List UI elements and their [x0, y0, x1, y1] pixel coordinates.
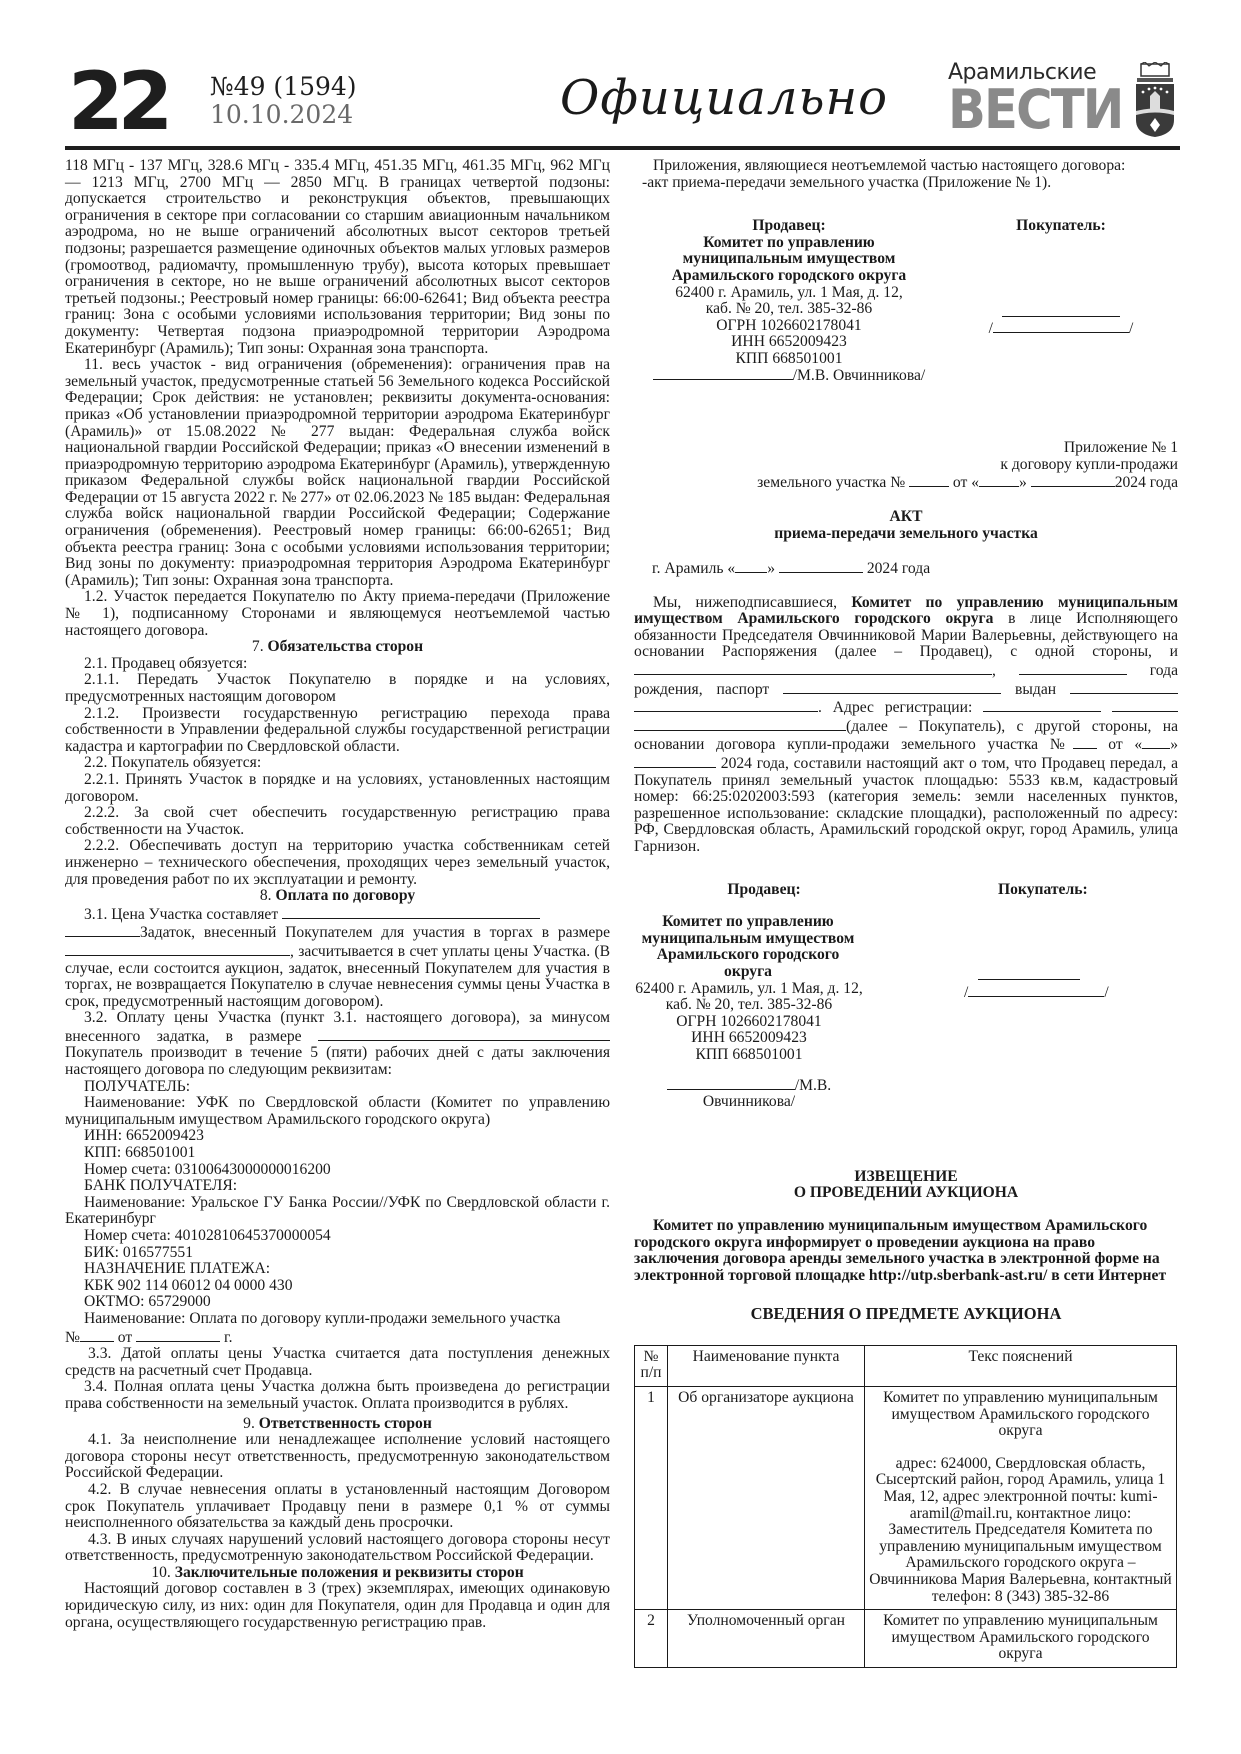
appendix-number: Приложение № 1 — [634, 440, 1178, 457]
text: г. Арамиль « — [652, 560, 735, 577]
header-num: № п/п — [635, 1345, 668, 1386]
requisite-line: ОКТМО: 65729000 — [65, 1294, 610, 1311]
newspaper-logo: Арамильские ВЕСТИ — [948, 62, 1113, 136]
requisite-line: БИК: 016577551 — [65, 1245, 610, 1262]
text: 2024 года — [1115, 474, 1178, 491]
section-10-heading: 10. Заключительные положения и реквизиты… — [65, 1565, 610, 1582]
number-sign: № — [65, 1329, 80, 1346]
notice-title-2: О ПРОВЕДЕНИИ АУКЦИОНА — [634, 1185, 1178, 1202]
text: Мы, нижеподписавшиеся, — [653, 594, 837, 611]
text: » — [1019, 474, 1027, 491]
seller-detail-line: КПП 668501001 — [634, 351, 944, 368]
issue-date: 10.10.2024 — [210, 101, 357, 129]
paragraph-3-3: 3.3. Датой оплаты цены Участка считается… — [65, 1346, 610, 1379]
passport-blank[interactable] — [783, 680, 1001, 694]
act-place-date: г. Арамиль «» 2024 года — [634, 559, 1178, 578]
section-title-text: Ответственность сторон — [259, 1415, 432, 1432]
paragraph-4-3: 4.3. В иных случаях нарушений условий на… — [65, 1532, 610, 1565]
seller-details: 62400 г. Арамиль, ул. 1 Мая, д. 12,каб. … — [634, 285, 944, 368]
month-blank[interactable] — [779, 559, 863, 573]
paragraph-11: 11. весь участок - вид ограничения (обре… — [65, 357, 610, 589]
issue-number: №49 (1594) — [210, 73, 357, 101]
text: » — [1170, 736, 1178, 753]
row-text: Комитет по управлению муниципальным имущ… — [865, 1387, 1177, 1610]
paragraph-zone-4: 118 МГц - 137 МГц, 328.6 МГц - 335.4 МГц… — [65, 158, 610, 357]
seller-detail-line: каб. № 20, тел. 385-32-86 — [634, 997, 864, 1014]
text: года — [1150, 662, 1178, 679]
row-text: Комитет по управлению муниципальным имущ… — [865, 1610, 1177, 1668]
text: 2024 года, составили настоящий акт о том… — [634, 755, 1178, 855]
address-blank[interactable] — [983, 698, 1101, 712]
requisites-list: ПОЛУЧАТЕЛЬ:Наименование: УФК по Свердлов… — [65, 1079, 610, 1328]
header-text: Текс пояснений — [865, 1345, 1177, 1386]
birth-year-blank[interactable] — [1019, 661, 1127, 675]
deposit-blank[interactable] — [65, 942, 290, 956]
table-header-row: № п/п Наименование пункта Текс пояснений — [635, 1345, 1177, 1386]
seller-detail-line: ОГРН 1026602178041 — [634, 318, 944, 335]
paragraph-2-1-1: 2.1.1. Передать Участок Покупателю в пор… — [65, 672, 610, 705]
paragraph-3-4: 3.4. Полная оплата цены Участка должна б… — [65, 1379, 610, 1412]
auction-table: № п/п Наименование пункта Текс пояснений… — [634, 1345, 1177, 1668]
requisite-line: Наименование: Оплата по договору купли-п… — [65, 1311, 610, 1328]
payment-purpose-number: № от г. — [65, 1328, 610, 1347]
paragraph-final: Настоящий договор составлен в 3 (трех) э… — [65, 1581, 610, 1631]
contract-number-blank[interactable] — [1073, 735, 1097, 749]
requisite-line: ИНН: 6652009423 — [65, 1128, 610, 1145]
issue-info: №49 (1594) 10.10.2024 — [210, 73, 357, 129]
month-blank[interactable] — [634, 754, 716, 768]
requisite-line: Номер счета: 03100643000000016200 — [65, 1162, 610, 1179]
signature-line[interactable] — [667, 1089, 795, 1090]
seller-details: 62400 г. Арамиль, ул. 1 Мая, д. 12,каб. … — [634, 981, 864, 1064]
seller-detail-line: каб. № 20, тел. 385-32-86 — [634, 301, 944, 318]
requisite-line: Наименование: Уральское ГУ Банка России/… — [65, 1195, 610, 1228]
buyer-name-line[interactable] — [968, 996, 1104, 997]
text: выдан — [1015, 681, 1056, 698]
buyer-block: Покупатель: // — [944, 218, 1178, 384]
requisite-line: КПП: 668501001 — [65, 1145, 610, 1162]
payment-text: Покупатель производит в течение 5 (пяти)… — [65, 1044, 610, 1078]
section-title-text: Заключительные положения и реквизиты сто… — [175, 1564, 524, 1581]
attachments-line-2: -акт приема-передачи земельного участка … — [634, 175, 1178, 192]
act-subtitle: приема-передачи земельного участка — [634, 526, 1178, 543]
blank[interactable] — [1031, 473, 1115, 487]
attachments-line-1: Приложения, являющиеся неотъемлемой част… — [634, 158, 1178, 175]
left-column: 118 МГц - 137 МГц, 328.6 МГц - 335.4 МГц… — [65, 158, 610, 1631]
text: » — [767, 560, 775, 577]
blank[interactable] — [909, 473, 949, 487]
requisite-line: НАЗНАЧЕНИЕ ПЛАТЕЖА: — [65, 1261, 610, 1278]
deposit-label: Задаток, внесенный Покупателем для участ… — [140, 924, 610, 941]
contract-number-blank[interactable] — [80, 1328, 114, 1342]
section-title: Официально — [560, 70, 888, 126]
notice-text: Комитет по управлению муниципальным имущ… — [634, 1218, 1178, 1284]
signature-block-contract: Продавец: Комитет по управлению муниципа… — [634, 218, 1178, 384]
from-label: от — [118, 1329, 132, 1346]
page-number: 22 — [68, 62, 167, 142]
row-num: 1 — [635, 1387, 668, 1610]
header-rule — [65, 146, 1180, 150]
section-number: 10. — [151, 1564, 171, 1581]
section-number: 7. — [252, 638, 264, 655]
price-label: 3.1. Цена Участка составляет — [84, 906, 278, 923]
act-title: АКТ — [634, 509, 1178, 526]
buyer-name-blank[interactable] — [634, 661, 992, 675]
logo-main-text: ВЕСТИ — [948, 84, 1100, 136]
appendix-contract: к договору купли-продажи — [634, 457, 1178, 474]
buyer-block: Покупатель: // — [934, 882, 1178, 1111]
requisite-line: Номер счета: 40102810645370000054 — [65, 1228, 610, 1245]
buyer-label: Покупатель: — [944, 218, 1178, 235]
section-number: 9. — [243, 1415, 255, 1432]
row-text-org: Комитет по управлению муниципальным имущ… — [869, 1613, 1172, 1663]
requisite-line: БАНК ПОЛУЧАТЕЛЯ: — [65, 1178, 610, 1195]
section-9-heading: 9. Ответственность сторон — [65, 1416, 610, 1433]
seller-block: Продавец: Комитет по управлению муниципа… — [634, 882, 934, 1111]
requisite-line: Наименование: УФК по Свердловской област… — [65, 1095, 610, 1128]
paragraph-2-2-1: 2.2.1. Принять Участок в порядке и на ус… — [65, 772, 610, 805]
section-title-text: Оплата по договору — [275, 887, 415, 904]
paragraph-3-2: 3.2. Оплату цены Участка (пункт 3.1. нас… — [65, 1010, 610, 1078]
right-column: Приложения, являющиеся неотъемлемой част… — [634, 158, 1178, 1668]
section-7-heading: 7. Обязательства сторон — [65, 639, 610, 656]
requisite-line: КБК 902 114 06012 04 0000 430 — [65, 1278, 610, 1295]
seller-signature: /М.В. Овчинникова/ — [634, 1078, 864, 1111]
paragraph-3-1: 3.1. Цена Участка составляет Задаток, вн… — [65, 905, 610, 1011]
section-8-heading: 8. Оплата по договору — [65, 888, 610, 905]
paragraph-2-2-2a: 2.2.2. За свой счет обеспечить государст… — [65, 805, 610, 838]
day-blank[interactable] — [1142, 735, 1170, 749]
seller-signer: /М.В. Овчинникова/ — [793, 367, 926, 384]
row-name: Уполномоченный орган — [668, 1610, 865, 1668]
section-title-text: Обязательства сторон — [268, 638, 424, 655]
day-blank[interactable] — [735, 559, 767, 573]
coat-of-arms-icon — [1133, 62, 1177, 138]
paragraph-2-2-2b: 2.2.2. Обеспечивать доступ на территорию… — [65, 838, 610, 888]
seller-detail-line: 62400 г. Арамиль, ул. 1 Мая, д. 12, — [634, 285, 944, 302]
paragraph-1-2: 1.2. Участок передается Покупателю по Ак… — [65, 589, 610, 639]
year-suffix: г. — [224, 1329, 233, 1346]
row-text-org: Комитет по управлению муниципальным имущ… — [869, 1390, 1172, 1440]
buyer-signature-line[interactable] — [1002, 316, 1120, 317]
seller-signature: /М.В. Овчинникова/ — [634, 368, 944, 385]
address-cont-blank[interactable] — [634, 717, 846, 731]
seller-label: Продавец: — [634, 218, 944, 235]
payment-blank[interactable] — [318, 1027, 610, 1041]
seller-label: Продавец: — [634, 882, 934, 899]
notice-title-1: ИЗВЕЩЕНИЕ — [634, 1169, 1178, 1186]
paragraph-4-2: 4.2. В случае невнесения оплаты в устано… — [65, 1482, 610, 1532]
table-row: 2 Уполномоченный орган Комитет по управл… — [635, 1610, 1177, 1668]
requisite-line: ПОЛУЧАТЕЛЬ: — [65, 1079, 610, 1096]
buyer-signature-line[interactable] — [978, 979, 1080, 980]
paragraph-2-2: 2.2. Покупатель обязуется: — [65, 755, 610, 772]
seller-org: Комитет по управлению муниципальным имущ… — [634, 235, 944, 285]
signature-line[interactable] — [653, 379, 793, 380]
subject-title: СВЕДЕНИЯ О ПРЕДМЕТЕ АУКЦИОНА — [634, 1306, 1178, 1323]
buyer-label: Покупатель: — [964, 882, 1178, 899]
paragraph-4-1: 4.1. За неисполнение или ненадлежащее ис… — [65, 1432, 610, 1482]
section-number: 8. — [260, 887, 272, 904]
seller-detail-line: ИНН 6652009423 — [634, 334, 944, 351]
text: от « — [953, 474, 979, 491]
paragraph-2-1: 2.1. Продавец обязуется: — [65, 656, 610, 673]
price-blank-cont[interactable] — [65, 923, 140, 937]
header-name: Наименование пункта — [668, 1345, 865, 1386]
table-row: 1 Об организаторе аукциона Комитет по уп… — [635, 1387, 1177, 1610]
text: от « — [1108, 736, 1142, 753]
row-name: Об организаторе аукциона — [668, 1387, 865, 1610]
address-blank-2[interactable] — [1112, 698, 1178, 712]
appendix-contract-ref: земельного участка № от «» 2024 года — [634, 473, 1178, 492]
paragraph-2-1-2: 2.1.2. Произвести государственную регист… — [65, 706, 610, 756]
blank[interactable] — [979, 473, 1019, 487]
text: . Адрес регистрации: — [818, 699, 972, 716]
contract-date-blank[interactable] — [136, 1328, 220, 1342]
seller-detail-line: КПП 668501001 — [634, 1047, 864, 1064]
row-num: 2 — [635, 1610, 668, 1668]
text: рождения, паспорт — [634, 681, 769, 698]
seller-detail-line: ИНН 6652009423 — [634, 1030, 864, 1047]
text: и — [1170, 643, 1178, 660]
seller-signer: /М.В. Овчинникова/ — [703, 1077, 831, 1111]
issued-by-cont-blank[interactable] — [634, 698, 818, 712]
seller-block: Продавец: Комитет по управлению муниципа… — [634, 218, 944, 384]
seller-detail-line: 62400 г. Арамиль, ул. 1 Мая, д. 12, — [634, 981, 864, 998]
issued-by-blank[interactable] — [1070, 680, 1178, 694]
price-blank[interactable] — [282, 905, 540, 919]
row-text-details: адрес: 624000, Свердловская область, Сыс… — [869, 1456, 1172, 1605]
seller-org: Комитет по управлению муниципальным имущ… — [634, 914, 900, 980]
signature-block-act: Продавец: Комитет по управлению муниципа… — [634, 882, 1178, 1111]
buyer-name-line[interactable] — [993, 332, 1129, 333]
seller-detail-line: ОГРН 1026602178041 — [634, 1014, 864, 1031]
text: 2024 года — [867, 560, 930, 577]
text: земельного участка № — [757, 474, 905, 491]
act-body: Мы, нижеподписавшиеся, Комитет по управл… — [634, 595, 1178, 856]
appendix-header: Приложение № 1 к договору купли-продажи … — [634, 440, 1178, 492]
